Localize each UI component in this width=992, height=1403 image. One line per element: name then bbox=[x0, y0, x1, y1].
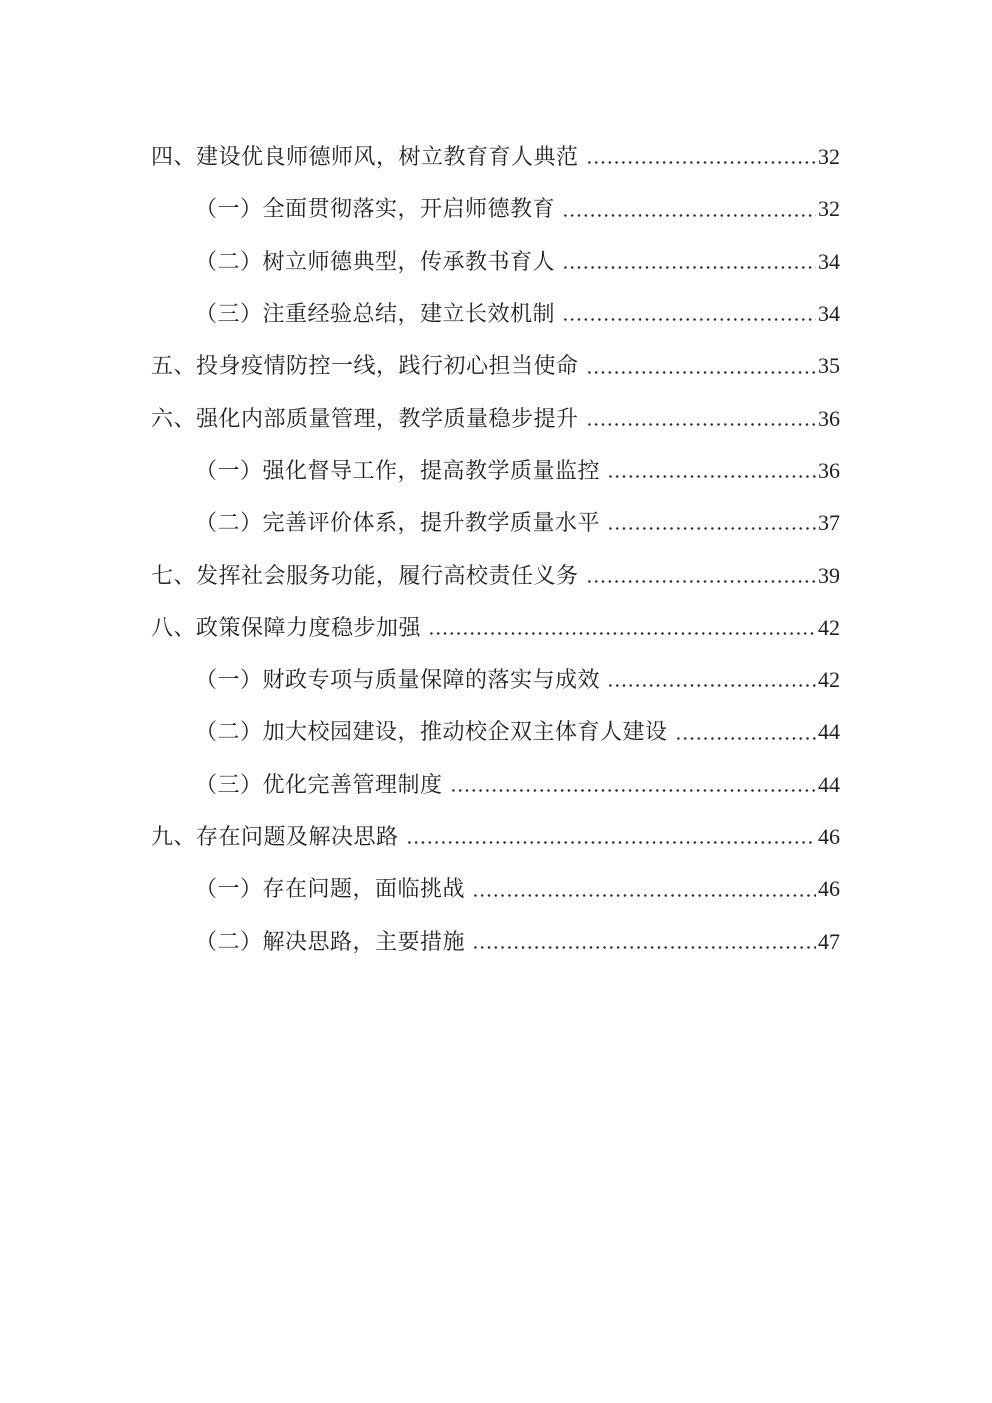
toc-entry-page: 46 bbox=[818, 877, 840, 901]
toc-entry[interactable]: 七、发挥社会服务功能，履行高校责任义务 39 bbox=[151, 549, 840, 601]
toc-dot-leader bbox=[607, 669, 816, 691]
toc-entry-page: 32 bbox=[818, 145, 840, 169]
toc-entry-title: 七、发挥社会服务功能，履行高校责任义务 bbox=[151, 564, 579, 588]
toc-entry-title: （一）存在问题，面临挑战 bbox=[195, 877, 465, 901]
toc-dot-leader bbox=[607, 460, 816, 482]
toc-entry[interactable]: （一）强化督导工作，提高教学质量监控 36 bbox=[151, 445, 840, 497]
toc-entry-title: （二）完善评价体系，提升教学质量水平 bbox=[195, 511, 600, 535]
toc-dot-leader bbox=[586, 408, 816, 430]
toc-entry-page: 47 bbox=[818, 930, 840, 954]
toc-dot-leader bbox=[472, 931, 816, 953]
toc-dot-leader bbox=[562, 198, 816, 220]
toc-entry-page: 37 bbox=[818, 511, 840, 535]
toc-list: 四、建设优良师德师风，树立教育育人典范 32 （一）全面贯彻落实，开启师德教育 … bbox=[151, 131, 840, 968]
toc-dot-leader bbox=[586, 146, 816, 168]
toc-entry-title: （一）财政专项与质量保障的落实与成效 bbox=[195, 668, 600, 692]
toc-entry-title: （二）加大校园建设，推动校企双主体育人建设 bbox=[195, 720, 668, 744]
toc-dot-leader bbox=[472, 878, 816, 900]
toc-dot-leader bbox=[562, 251, 816, 273]
toc-dot-leader bbox=[562, 303, 816, 325]
toc-entry-page: 36 bbox=[818, 407, 840, 431]
toc-entry[interactable]: 五、投身疫情防控一线，践行初心担当使命 35 bbox=[151, 340, 840, 392]
toc-entry[interactable]: 九、存在问题及解决思路 46 bbox=[151, 811, 840, 863]
toc-entry-page: 39 bbox=[818, 564, 840, 588]
toc-entry[interactable]: （二）完善评价体系，提升教学质量水平 37 bbox=[151, 497, 840, 549]
toc-entry-page: 34 bbox=[818, 250, 840, 274]
toc-entry[interactable]: （二）解决思路，主要措施 47 bbox=[151, 915, 840, 967]
toc-entry-title: （三）注重经验总结，建立长效机制 bbox=[195, 302, 555, 326]
toc-dot-leader bbox=[406, 826, 816, 848]
toc-entry[interactable]: 六、强化内部质量管理，教学质量稳步提升 36 bbox=[151, 392, 840, 444]
toc-dot-leader bbox=[586, 355, 816, 377]
toc-entry[interactable]: （三）注重经验总结，建立长效机制 34 bbox=[151, 288, 840, 340]
toc-entry[interactable]: （三）优化完善管理制度 44 bbox=[151, 759, 840, 811]
toc-entry-title: 五、投身疫情防控一线，践行初心担当使命 bbox=[151, 354, 579, 378]
document-page: 四、建设优良师德师风，树立教育育人典范 32 （一）全面贯彻落实，开启师德教育 … bbox=[0, 0, 992, 1403]
toc-entry-title: （二）树立师德典型，传承教书育人 bbox=[195, 250, 555, 274]
toc-entry-page: 32 bbox=[818, 197, 840, 221]
toc-entry-title: （二）解决思路，主要措施 bbox=[195, 930, 465, 954]
toc-dot-leader bbox=[586, 565, 816, 587]
toc-entry[interactable]: （二）树立师德典型，传承教书育人 34 bbox=[151, 236, 840, 288]
toc-dot-leader bbox=[428, 617, 816, 639]
toc-entry-title: 八、政策保障力度稳步加强 bbox=[151, 616, 421, 640]
toc-entry[interactable]: （一）存在问题，面临挑战 46 bbox=[151, 863, 840, 915]
toc-entry[interactable]: （一）全面贯彻落实，开启师德教育 32 bbox=[151, 183, 840, 235]
toc-entry-title: （一）全面贯彻落实，开启师德教育 bbox=[195, 197, 555, 221]
toc-entry-page: 34 bbox=[818, 302, 840, 326]
toc-entry-page: 42 bbox=[818, 668, 840, 692]
toc-dot-leader bbox=[675, 721, 816, 743]
toc-entry[interactable]: （二）加大校园建设，推动校企双主体育人建设 44 bbox=[151, 706, 840, 758]
toc-entry-title: 四、建设优良师德师风，树立教育育人典范 bbox=[151, 145, 579, 169]
toc-entry-page: 46 bbox=[818, 825, 840, 849]
toc-entry-page: 42 bbox=[818, 616, 840, 640]
toc-entry[interactable]: 四、建设优良师德师风，树立教育育人典范 32 bbox=[151, 131, 840, 183]
toc-entry-title: （一）强化督导工作，提高教学质量监控 bbox=[195, 459, 600, 483]
toc-entry[interactable]: （一）财政专项与质量保障的落实与成效 42 bbox=[151, 654, 840, 706]
toc-entry-title: 九、存在问题及解决思路 bbox=[151, 825, 399, 849]
toc-entry-page: 44 bbox=[818, 773, 840, 797]
toc-entry-page: 36 bbox=[818, 459, 840, 483]
toc-entry-title: （三）优化完善管理制度 bbox=[195, 773, 443, 797]
toc-entry[interactable]: 八、政策保障力度稳步加强 42 bbox=[151, 602, 840, 654]
toc-entry-page: 35 bbox=[818, 354, 840, 378]
toc-entry-title: 六、强化内部质量管理，教学质量稳步提升 bbox=[151, 407, 579, 431]
toc-entry-page: 44 bbox=[818, 720, 840, 744]
toc-dot-leader bbox=[607, 512, 816, 534]
toc-dot-leader bbox=[450, 774, 816, 796]
